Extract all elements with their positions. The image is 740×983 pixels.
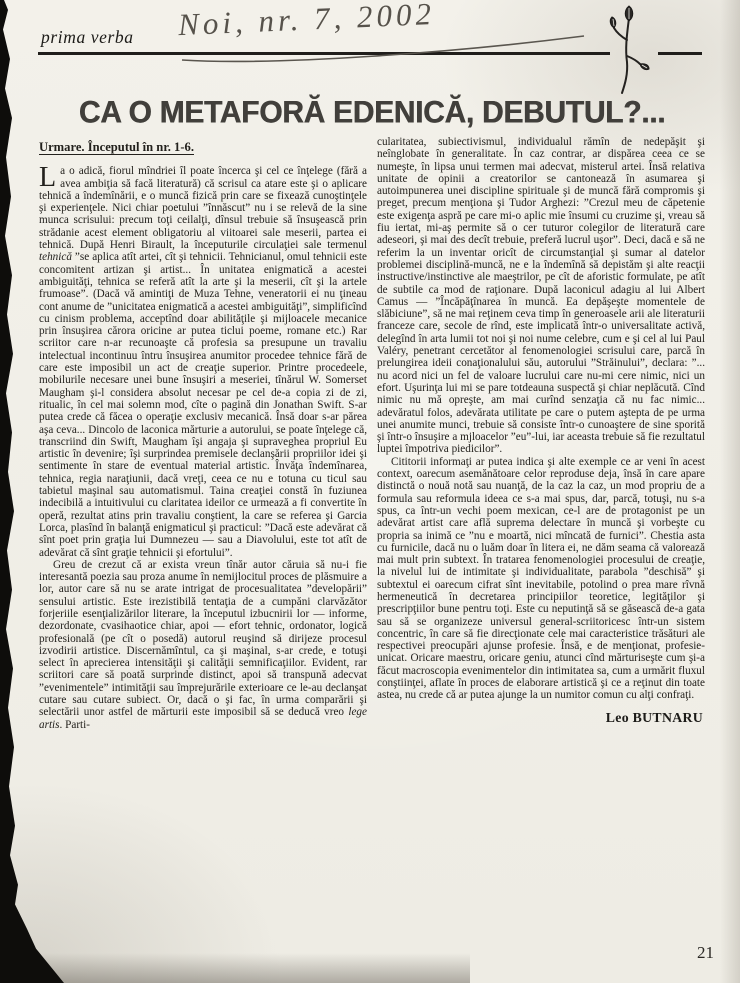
body-paragraph: cularitatea, subiectivismul, individualu… xyxy=(377,136,705,456)
author-signature: Leo BUTNARU xyxy=(377,712,705,724)
left-column: Urmare. Începutul în nr. 1-6. La o adică… xyxy=(39,141,367,731)
scan-shadow-right xyxy=(720,0,740,983)
body-paragraph: Cititorii informaţi ar putea indica şi a… xyxy=(377,456,705,702)
continuation-note: Urmare. Începutul în nr. 1-6. xyxy=(39,141,194,155)
italic-text-segment: tehnică xyxy=(39,251,72,263)
text-segment: Cititorii informaţi ar putea indica şi a… xyxy=(377,456,705,702)
rubric-label: prima verba xyxy=(41,27,134,48)
text-segment: a o adică, fiorul mîndriei îl poate înce… xyxy=(39,165,367,251)
rose-twig-icon xyxy=(604,4,652,96)
text-segment: . Parti- xyxy=(60,719,90,731)
right-column-body: cularitatea, subiectivismul, individualu… xyxy=(377,136,705,702)
scanned-magazine-page: prima verba Noi, nr. 7, 2002 CA O METAFO… xyxy=(0,0,740,983)
scan-shadow-bottom xyxy=(0,953,470,983)
header-rule-left xyxy=(38,52,610,55)
header-rule-right xyxy=(658,52,702,55)
drop-cap: L xyxy=(39,165,60,189)
text-segment: cularitatea, subiectivismul, individualu… xyxy=(377,136,705,455)
left-column-body: La o adică, fiorul mîndriei îl poate înc… xyxy=(39,165,367,731)
article-title: CA O METAFORĂ EDENICĂ, DEBUTUL?... xyxy=(40,95,704,131)
right-column: cularitatea, subiectivismul, individualu… xyxy=(377,136,705,724)
handwritten-issue-note: Noi, nr. 7, 2002 xyxy=(177,0,598,43)
text-segment: Greu de crezut că ar exista vreun tînăr … xyxy=(39,559,367,719)
page-number: 21 xyxy=(697,943,714,963)
body-paragraph: Greu de crezut că ar exista vreun tînăr … xyxy=(39,559,367,731)
text-segment: ”se aplica atît artei, cît şi tehnicii. … xyxy=(39,251,367,558)
body-paragraph: La o adică, fiorul mîndriei îl poate înc… xyxy=(39,165,367,559)
